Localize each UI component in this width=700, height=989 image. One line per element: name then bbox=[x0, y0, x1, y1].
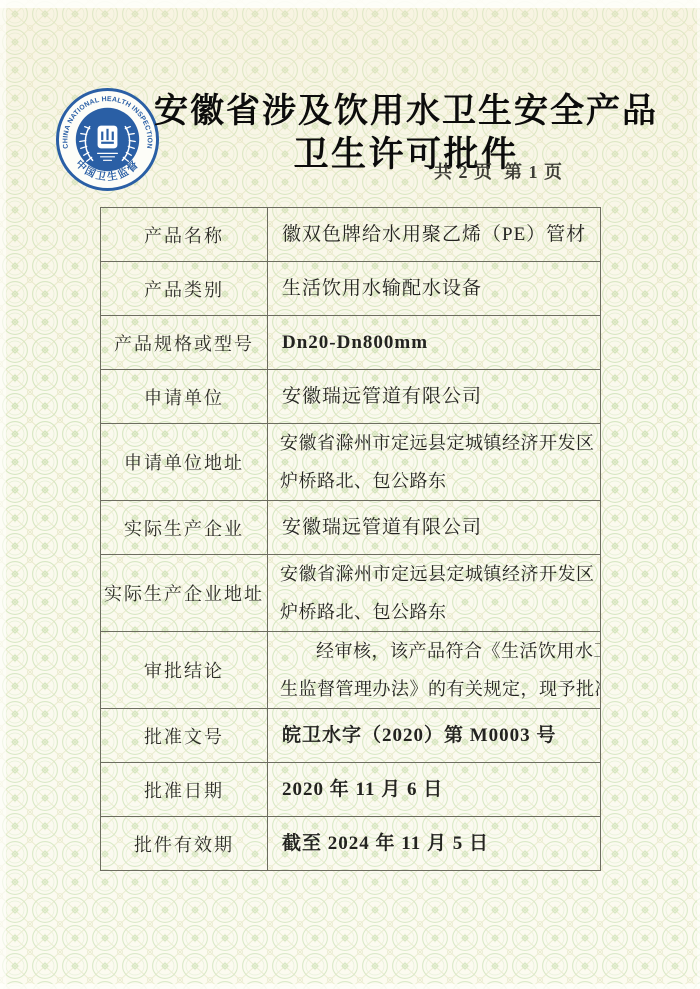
scanned-license-document: CHINA NATIONAL HEALTH INSPECTION 中国卫生监督 bbox=[0, 0, 700, 989]
field-value: 2020 年 11 月 6 日 bbox=[268, 763, 601, 817]
document-title-line1: 安徽省涉及饮用水卫生安全产品 bbox=[150, 88, 662, 134]
field-value: 徽双色牌给水用聚乙烯（PE）管材 bbox=[268, 208, 601, 262]
table-row: 批准文号皖卫水字（2020）第 M0003 号 bbox=[101, 709, 601, 763]
document-title: 安徽省涉及饮用水卫生安全产品 卫生许可批件 bbox=[150, 88, 662, 176]
page-indicator: 共 2 页 第 1 页 bbox=[434, 158, 563, 184]
scan-edge-left bbox=[0, 0, 6, 989]
document-title-line2: 卫生许可批件 bbox=[150, 134, 662, 176]
table-row: 申请单位地址安徽省滁州市定远县定城镇经济开发区 炉桥路北、包公路东 bbox=[101, 424, 601, 501]
table-row: 批件有效期截至 2024 年 11 月 5 日 bbox=[101, 817, 601, 871]
field-value: 安徽瑞远管道有限公司 bbox=[268, 501, 601, 555]
field-label: 产品规格或型号 bbox=[101, 316, 268, 370]
field-label: 实际生产企业地址 bbox=[101, 555, 268, 632]
table-row: 批准日期2020 年 11 月 6 日 bbox=[101, 763, 601, 817]
scan-edge-bottom bbox=[0, 984, 700, 989]
field-label: 批件有效期 bbox=[101, 817, 268, 871]
field-label: 审批结论 bbox=[101, 632, 268, 709]
field-value: 安徽省滁州市定远县定城镇经济开发区 炉桥路北、包公路东 bbox=[268, 555, 601, 632]
table-row: 产品名称徽双色牌给水用聚乙烯（PE）管材 bbox=[101, 208, 601, 262]
scan-edge-top bbox=[0, 0, 700, 8]
field-value: 生活饮用水输配水设备 bbox=[268, 262, 601, 316]
field-value: 皖卫水字（2020）第 M0003 号 bbox=[268, 709, 601, 763]
field-label: 产品类别 bbox=[101, 262, 268, 316]
field-label: 产品名称 bbox=[101, 208, 268, 262]
field-value: Dn20-Dn800mm bbox=[268, 316, 601, 370]
field-label: 申请单位 bbox=[101, 370, 268, 424]
table-row: 产品规格或型号Dn20-Dn800mm bbox=[101, 316, 601, 370]
seal-center-emblem-icon bbox=[98, 126, 118, 149]
field-label: 批准文号 bbox=[101, 709, 268, 763]
table-row: 申请单位安徽瑞远管道有限公司 bbox=[101, 370, 601, 424]
table-row: 审批结论经审核，该产品符合《生活饮用水卫 生监督管理办法》的有关规定，现予批准。 bbox=[101, 632, 601, 709]
field-value: 截至 2024 年 11 月 5 日 bbox=[268, 817, 601, 871]
table-row: 产品类别生活饮用水输配水设备 bbox=[101, 262, 601, 316]
china-health-inspection-seal-icon: CHINA NATIONAL HEALTH INSPECTION 中国卫生监督 bbox=[54, 86, 161, 193]
field-label: 实际生产企业 bbox=[101, 501, 268, 555]
field-label: 申请单位地址 bbox=[101, 424, 268, 501]
field-value: 经审核，该产品符合《生活饮用水卫 生监督管理办法》的有关规定，现予批准。 bbox=[268, 632, 601, 709]
field-value: 安徽省滁州市定远县定城镇经济开发区 炉桥路北、包公路东 bbox=[268, 424, 601, 501]
field-value: 安徽瑞远管道有限公司 bbox=[268, 370, 601, 424]
table-row: 实际生产企业地址安徽省滁州市定远县定城镇经济开发区 炉桥路北、包公路东 bbox=[101, 555, 601, 632]
license-table: 产品名称徽双色牌给水用聚乙烯（PE）管材产品类别生活饮用水输配水设备产品规格或型… bbox=[100, 207, 601, 871]
field-label: 批准日期 bbox=[101, 763, 268, 817]
table-row: 实际生产企业安徽瑞远管道有限公司 bbox=[101, 501, 601, 555]
license-table-body: 产品名称徽双色牌给水用聚乙烯（PE）管材产品类别生活饮用水输配水设备产品规格或型… bbox=[101, 208, 601, 871]
